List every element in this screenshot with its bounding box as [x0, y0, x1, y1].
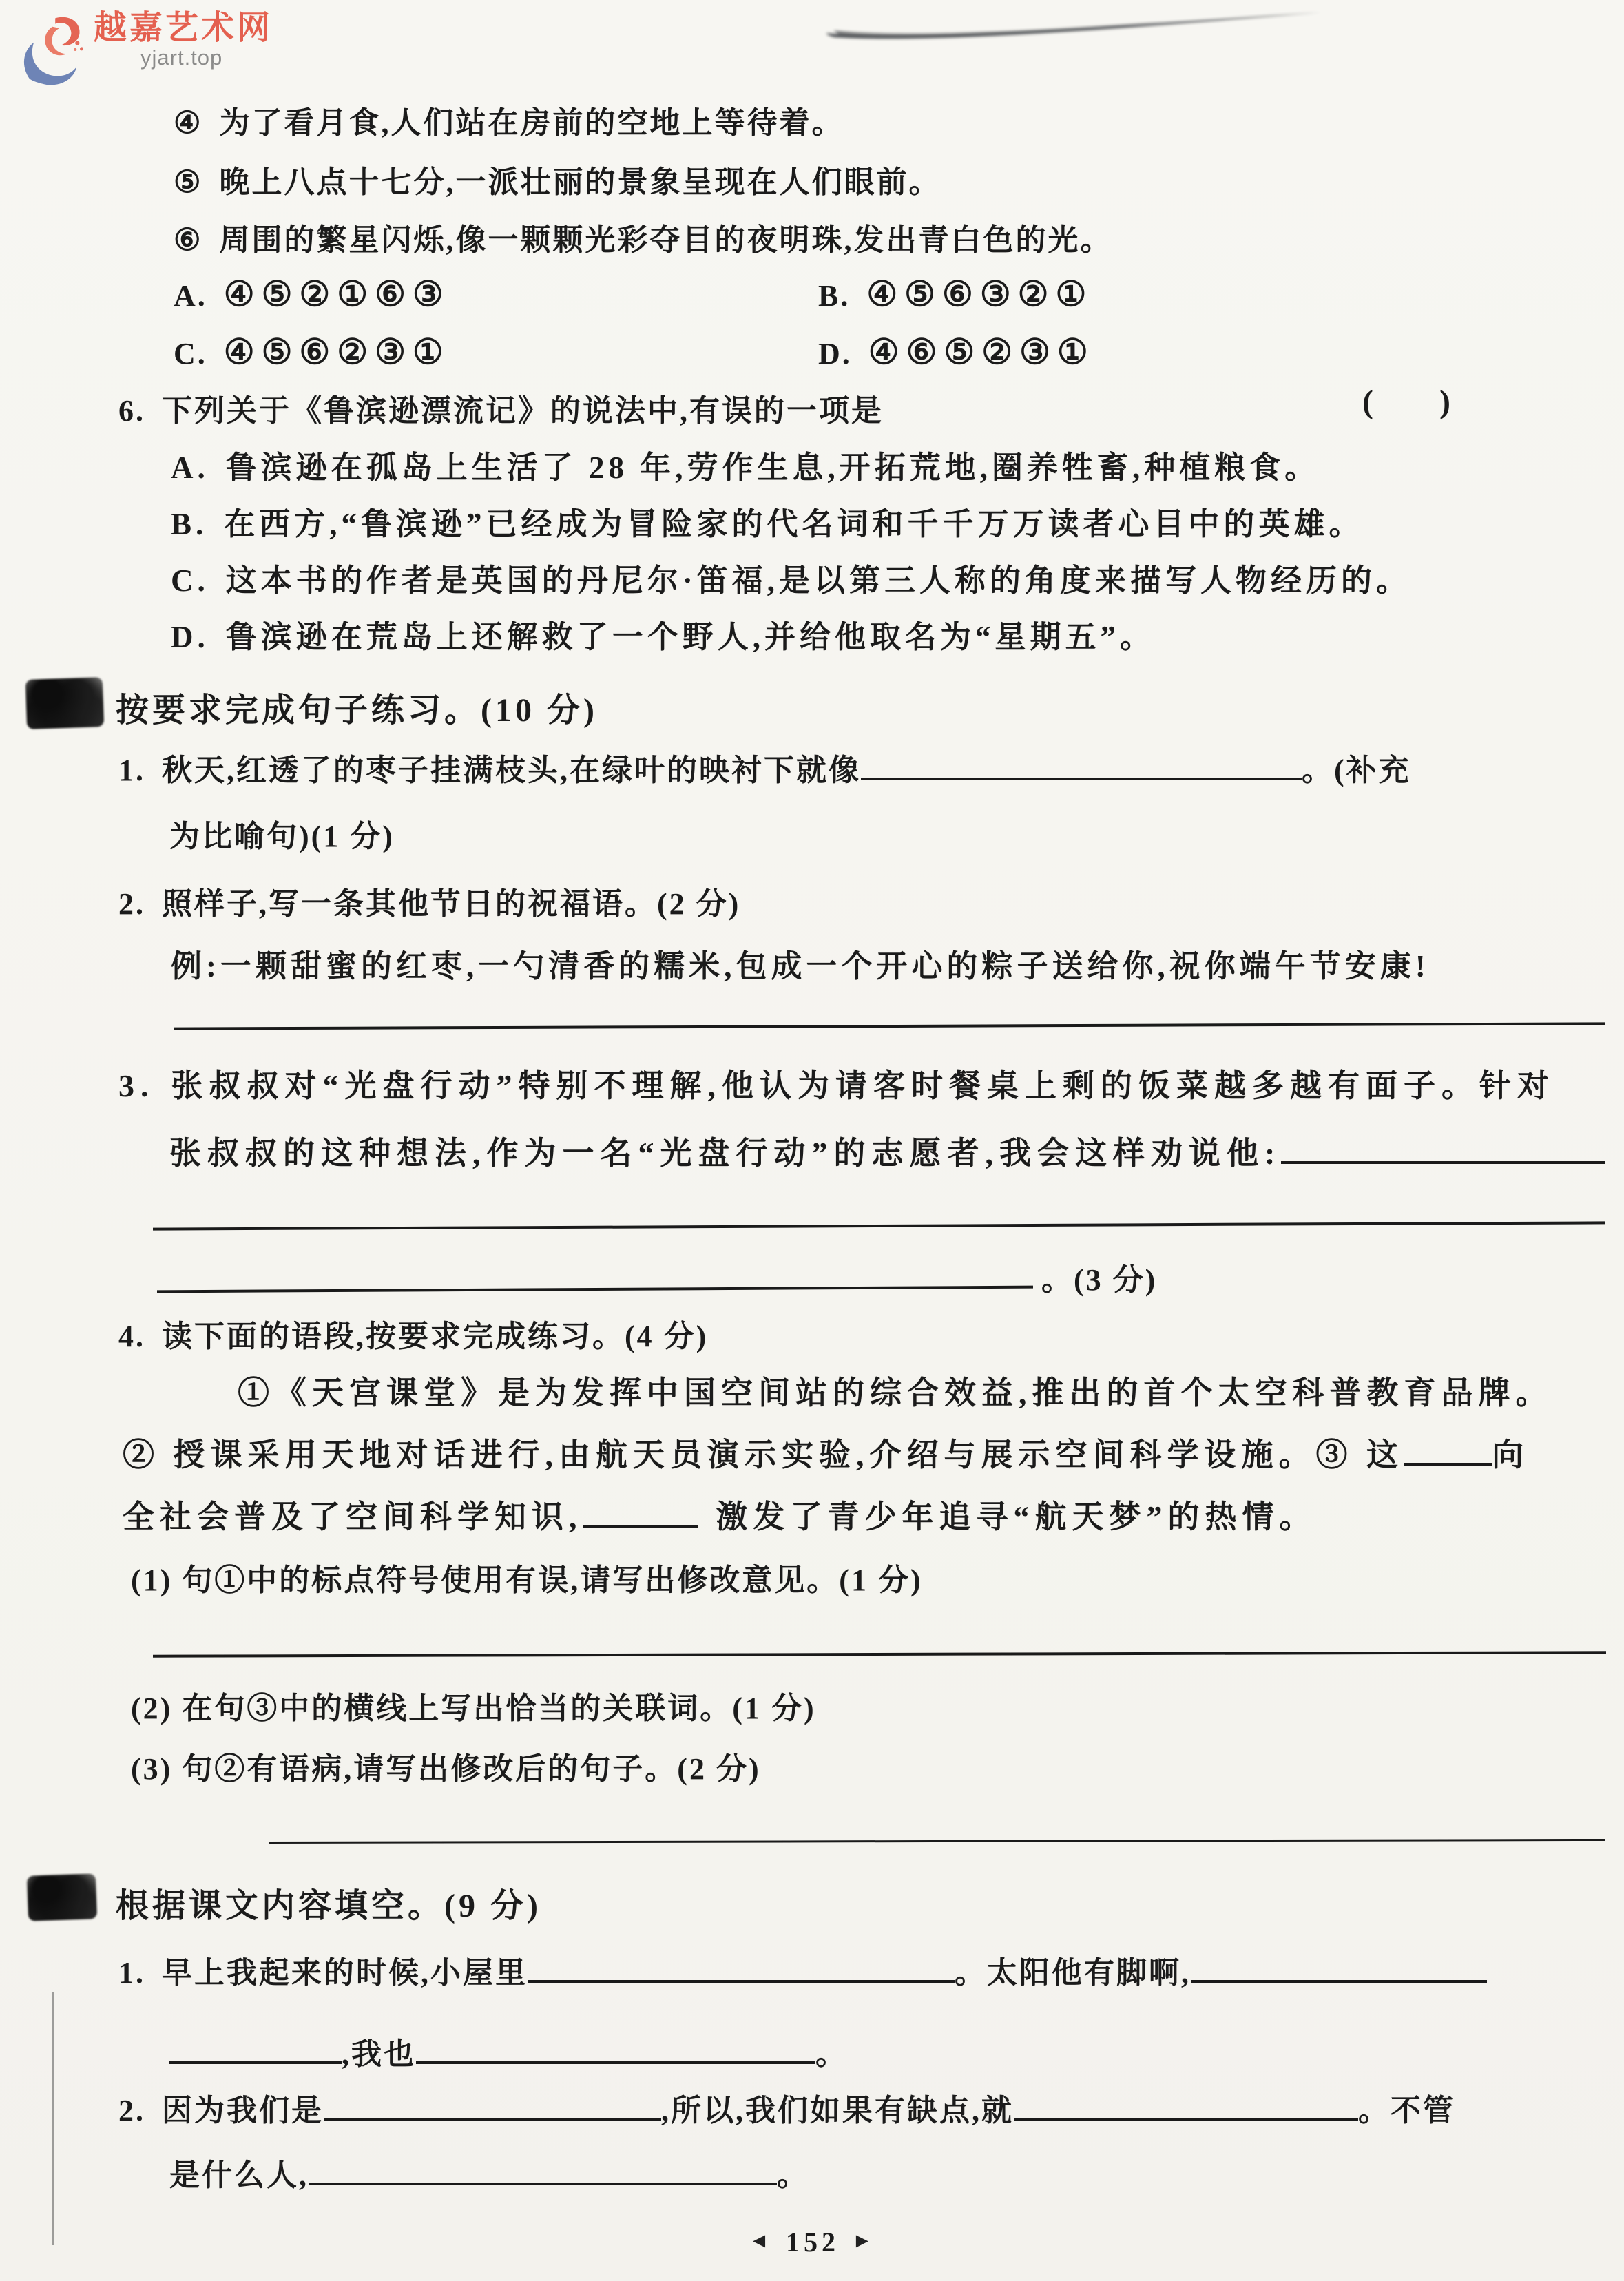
answer-blank[interactable] — [1281, 1134, 1605, 1164]
page-footer: ◄152► — [702, 2226, 923, 2258]
answer-blank[interactable] — [169, 2036, 342, 2064]
section-title-text: 根据课文内容填空。(9 分) — [116, 1888, 541, 1924]
worksheet-page: 越嘉艺术网 yjart.top ④为了看月食,人们站在房前的空地上等待着。 ⑤晚… — [0, 0, 1624, 2281]
passage-text: ② 授课采用天地对话进行,由航天员演示实验,介绍与展示空间科学设施。③ 这 — [123, 1437, 1404, 1472]
section-stamp-icon — [25, 677, 104, 729]
scan-line-artifact — [52, 1992, 54, 2245]
watermark-domain: yjart.top — [140, 47, 273, 70]
item-number: 4. — [118, 1319, 145, 1354]
item-number: 2. — [118, 2093, 145, 2128]
item-text: 是什么人, — [169, 2158, 309, 2192]
sentence-q3-line1: 3.张叔叔对“光盘行动”特别不理解,他认为请客时餐桌上剩的饭菜越多越有面子。针对 — [118, 1061, 1555, 1106]
watermark-brand: 越嘉艺术网 — [94, 11, 273, 45]
section-sentence-title: 按要求完成句子练习。(10 分) — [116, 683, 598, 731]
option-label: A. — [171, 450, 209, 486]
item-text: 张叔叔的这种想法,作为一名“光盘行动”的志愿者,我会这样劝说他: — [169, 1136, 1281, 1171]
question-number: 6. — [118, 393, 145, 428]
passage-text: 全社会普及了空间科学知识, — [123, 1499, 583, 1534]
answer-line[interactable] — [269, 1839, 1605, 1844]
sentence-q1-line1: 1.秋天,红透了的枣子挂满枝头,在绿叶的映衬下就像。(补充 — [118, 745, 1411, 789]
q4-passage-line2: ② 授课采用天地对话进行,由航天员演示实验,介绍与展示空间科学设施。③ 这向 — [123, 1430, 1529, 1475]
option-text: 在西方,“鲁滨逊”已经成为冒险家的代名词和千千万万读者心目中的英雄。 — [224, 507, 1364, 541]
sentence-q2-stem: 2.照样子,写一条其他节日的祝福语。(2 分) — [118, 879, 740, 923]
sentence-q1-line2: 为比喻句)(1 分) — [169, 811, 395, 855]
answer-blank[interactable] — [324, 2092, 661, 2121]
sentence-q3-score: 。(3 分) — [1041, 1255, 1157, 1299]
option-text: 鲁滨逊在荒岛上还解救了一个野人,并给他取名为“星期五”。 — [226, 620, 1155, 654]
item-text: 早上我起来的时候,小屋里 — [162, 1956, 528, 1990]
item-text: 秋天,红透了的枣子挂满枝头,在绿叶的映衬下就像 — [162, 753, 861, 787]
fill-q2-line2: 是什么人,。 — [169, 2150, 809, 2194]
q5-option-c[interactable]: C.④⑤⑥②③① — [174, 332, 450, 372]
q4-sub3: (3) 句②有语病,请写出修改后的句子。(2 分) — [131, 1744, 761, 1788]
answer-line[interactable] — [174, 1022, 1605, 1030]
option-label: C. — [174, 336, 207, 371]
answer-blank[interactable] — [861, 752, 1302, 780]
fill-q2-line1: 2.因为我们是,所以,我们如果有缺点,就。不管 — [118, 2085, 1455, 2129]
answer-blank[interactable] — [1191, 1955, 1487, 1983]
item-text: 读下面的语段,按要求完成练习。(4 分) — [162, 1320, 708, 1353]
sentence-number: ⑤ — [174, 165, 202, 200]
sentence-q3-line2: 张叔叔的这种想法,作为一名“光盘行动”的志愿者,我会这样劝说他: — [169, 1128, 1605, 1174]
item-number: 3. — [118, 1067, 155, 1104]
fill-q1-line2: ,我也。 — [169, 2029, 848, 2073]
item-text: 。太阳他有脚啊, — [955, 1956, 1191, 1990]
q5-sentence-5: ⑤晚上八点十七分,一派壮丽的景象呈现在人们眼前。 — [174, 157, 941, 201]
yjart-logo-icon — [15, 11, 87, 91]
option-label: B. — [818, 278, 850, 313]
passage-text: 向 — [1492, 1437, 1529, 1472]
option-text: 这本书的作者是英国的丹尼尔·笛福,是以第三人称的角度来描写人物经历的。 — [226, 563, 1411, 598]
passage-text: 激发了青少年追寻“航天梦”的热情。 — [716, 1499, 1317, 1534]
question-text: 下列关于《鲁滨逊漂流记》的说法中,有误的一项是 — [162, 394, 884, 428]
sentence-q4-stem: 4.读下面的语段,按要求完成练习。(4 分) — [118, 1311, 708, 1355]
section-stamp-icon — [27, 1873, 97, 1921]
option-label: A. — [174, 278, 207, 313]
q4-passage-line1: ①《天宫课堂》是为发挥中国空间站的综合效益,推出的首个太空科普教育品牌。 — [238, 1368, 1553, 1413]
q5-sentence-4: ④为了看月食,人们站在房前的空地上等待着。 — [174, 98, 844, 142]
option-value: ④⑤②①⑥③ — [224, 275, 450, 313]
q4-passage-line3: 全社会普及了空间科学知识,激发了青少年追寻“航天梦”的热情。 — [123, 1492, 1317, 1537]
q6-answer-bracket[interactable]: ( ) — [1362, 383, 1450, 421]
option-value: ④⑤⑥③②① — [866, 275, 1093, 313]
sentence-number: ④ — [174, 105, 202, 140]
answer-blank[interactable] — [309, 2157, 777, 2185]
item-text: 。 — [815, 2037, 848, 2071]
answer-blank[interactable] — [528, 1955, 955, 1983]
page-prev-icon: ◄ — [749, 2229, 773, 2252]
q6-option-a[interactable]: A.鲁滨逊在孤岛上生活了 28 年,劳作生息,开拓荒地,圈养牲畜,种植粮食。 — [171, 442, 1320, 487]
option-value: ④⑥⑤②③① — [868, 333, 1095, 371]
q6-option-b[interactable]: B.在西方,“鲁滨逊”已经成为冒险家的代名词和千千万万读者心目中的英雄。 — [171, 499, 1364, 543]
sub-question-text: (1) 句①中的标点符号使用有误,请写出修改意见。(1 分) — [131, 1563, 923, 1597]
option-text: 鲁滨逊在孤岛上生活了 28 年,劳作生息,开拓荒地,圈养牲畜,种植粮食。 — [226, 450, 1320, 485]
page-number: 152 — [786, 2226, 840, 2258]
option-label: C. — [171, 563, 209, 598]
item-text: 为比喻句)(1 分) — [169, 820, 395, 853]
sentence-text: 晚上八点十七分,一派壮丽的景象呈现在人们眼前。 — [219, 165, 941, 199]
item-text: 张叔叔对“光盘行动”特别不理解,他认为请客时餐桌上剩的饭菜越多越有面子。针对 — [171, 1068, 1556, 1103]
answer-blank[interactable] — [1404, 1436, 1492, 1466]
item-text: ,我也 — [342, 2037, 416, 2071]
q6-option-d[interactable]: D.鲁滨逊在荒岛上还解救了一个野人,并给他取名为“星期五”。 — [171, 612, 1155, 656]
answer-line[interactable] — [157, 1286, 1033, 1293]
sentence-text: 为了看月食,人们站在房前的空地上等待着。 — [219, 106, 844, 140]
answer-line[interactable] — [153, 1221, 1605, 1230]
q4-sub2: (2) 在句③中的横线上写出恰当的关联词。(1 分) — [131, 1683, 816, 1727]
watermark: 越嘉艺术网 yjart.top — [15, 11, 273, 91]
q6-stem: 6.下列关于《鲁滨逊漂流记》的说法中,有误的一项是 — [118, 386, 884, 430]
answer-blank[interactable] — [583, 1498, 698, 1528]
sub-question-text: (2) 在句③中的横线上写出恰当的关联词。(1 分) — [131, 1691, 816, 1725]
section-title-text: 按要求完成句子练习。(10 分) — [116, 692, 598, 729]
item-text: 。(补充 — [1302, 753, 1411, 787]
option-label: D. — [818, 336, 852, 371]
item-text: 因为我们是 — [162, 2094, 324, 2127]
item-text: ,所以,我们如果有缺点,就 — [661, 2094, 1014, 2127]
q4-sub1: (1) 句①中的标点符号使用有误,请写出修改意见。(1 分) — [131, 1555, 923, 1599]
q5-option-a[interactable]: A.④⑤②①⑥③ — [174, 274, 450, 314]
sub-question-text: (3) 句②有语病,请写出修改后的句子。(2 分) — [131, 1752, 761, 1786]
option-label: B. — [171, 506, 207, 542]
sentence-text: 周围的繁星闪烁,像一颗颗光彩夺目的夜明珠,发出青白色的光。 — [219, 223, 1112, 257]
sentence-q2-example: 例:一颗甜蜜的红枣,一勺清香的糯米,包成一个开心的粽子送给你,祝你端午节安康! — [171, 941, 1430, 986]
section-fill-title: 根据课文内容填空。(9 分) — [116, 1879, 541, 1926]
q5-option-b[interactable]: B.④⑤⑥③②① — [818, 274, 1093, 314]
answer-blank[interactable] — [1014, 2092, 1358, 2121]
score-text: 。(3 分) — [1041, 1263, 1157, 1297]
item-text: 。不管 — [1358, 2094, 1455, 2127]
option-label: D. — [171, 619, 209, 655]
q5-option-d[interactable]: D.④⑥⑤②③① — [818, 332, 1095, 372]
answer-line[interactable] — [153, 1651, 1606, 1658]
page-next-icon: ► — [852, 2229, 877, 2252]
option-value: ④⑤⑥②③① — [224, 333, 450, 371]
item-text: 。 — [777, 2158, 809, 2192]
item-text: 照样子,写一条其他节日的祝福语。(2 分) — [162, 887, 740, 921]
answer-blank[interactable] — [416, 2036, 815, 2064]
item-number: 2. — [118, 886, 145, 921]
item-number: 1. — [118, 753, 145, 788]
answer-bracket-text: ( ) — [1362, 384, 1450, 420]
q6-option-c[interactable]: C.这本书的作者是英国的丹尼尔·笛福,是以第三人称的角度来描写人物经历的。 — [171, 555, 1411, 600]
scan-smudge-artifact — [806, 3, 1343, 51]
sentence-number: ⑥ — [174, 222, 202, 258]
fill-q1-line1: 1.早上我起来的时候,小屋里。太阳他有脚啊, — [118, 1948, 1487, 1992]
item-number: 1. — [118, 1955, 145, 1990]
q5-sentence-6: ⑥周围的繁星闪烁,像一颗颗光彩夺目的夜明珠,发出青白色的光。 — [174, 215, 1112, 259]
example-text: 例:一颗甜蜜的红枣,一勺清香的糯米,包成一个开心的粽子送给你,祝你端午节安康! — [171, 949, 1430, 983]
passage-text: ①《天宫课堂》是为发挥中国空间站的综合效益,推出的首个太空科普教育品牌。 — [238, 1375, 1553, 1410]
